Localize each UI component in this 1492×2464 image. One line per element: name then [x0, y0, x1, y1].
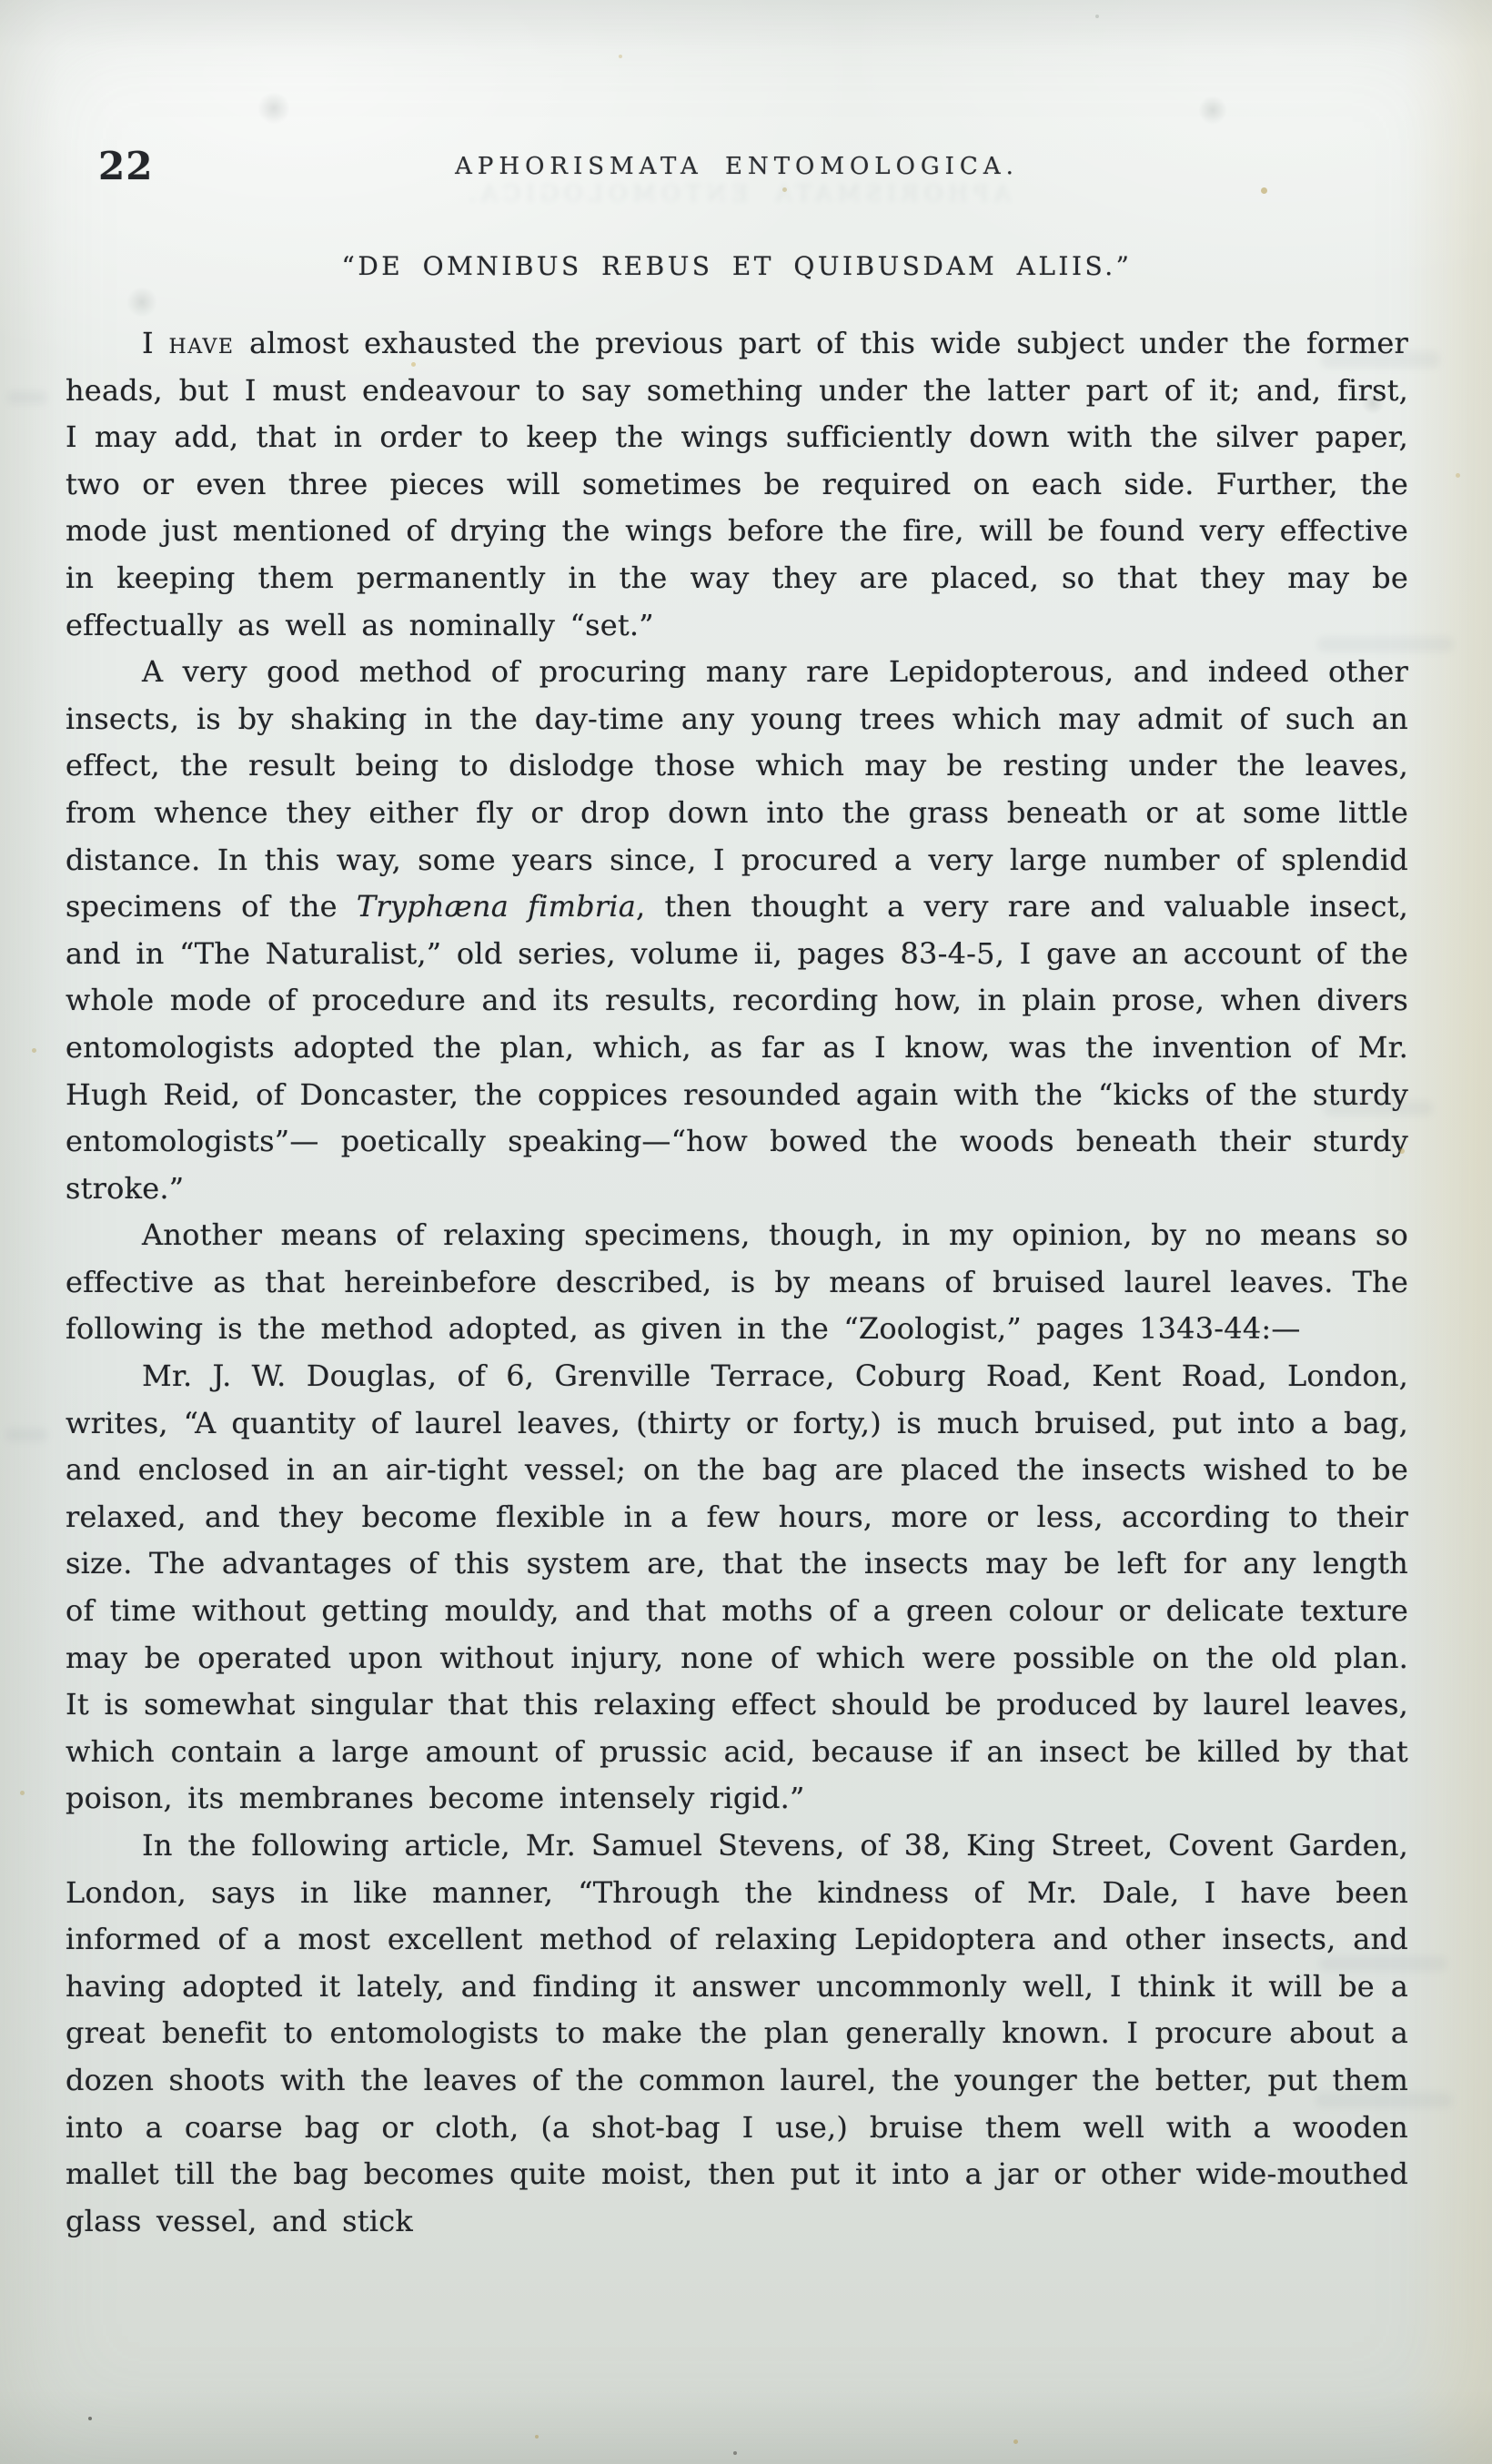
body-text: I have almost exhausted the previous par…: [66, 320, 1408, 2245]
paragraph-2-before: A very good method of procuring many rar…: [66, 654, 1408, 924]
paper-smudge: [258, 91, 289, 126]
paper-speck: [1013, 2439, 1018, 2444]
paragraph-3: Another means of relaxing specimens, tho…: [66, 1212, 1408, 1353]
paragraph-2: A very good method of procuring many rar…: [66, 649, 1408, 1212]
paragraph-1-lead: I: [142, 326, 169, 360]
paragraph-2-after: , then thought a very rare and valuable …: [66, 889, 1408, 1206]
species-name-italic: Tryphæna fimbria: [357, 889, 636, 924]
paper-speck: [535, 2435, 539, 2439]
paper-speck: [619, 55, 622, 58]
paper-speck: [20, 1791, 25, 1795]
running-header: APHORISMATA ENTOMOLOGICA.: [0, 153, 1474, 180]
paper-speck: [733, 2451, 737, 2455]
book-page-scan: APHORISMATA ENTOMOLOGICA. 22 APHORISMATA…: [0, 0, 1492, 2464]
paper-speck: [782, 187, 787, 192]
paper-smudge: [126, 288, 158, 317]
show-through-ghost-header: APHORISMATA ENTOMOLOGICA.: [0, 180, 1474, 207]
paper-speck: [88, 2417, 92, 2420]
paragraph-5: In the following article, Mr. Samuel Ste…: [66, 1823, 1408, 2245]
paragraph-1: I have almost exhausted the previous par…: [66, 320, 1408, 649]
paragraph-1-small-caps: have: [169, 326, 235, 360]
show-through-ghost-line: [5, 1429, 47, 1441]
paragraph-4: Mr. J. W. Douglas, of 6, Grenville Terra…: [66, 1353, 1408, 1823]
paper-speck: [1261, 187, 1267, 194]
paper-speck: [1095, 15, 1099, 18]
paragraph-1-rest: almost exhausted the previous part of th…: [66, 326, 1408, 642]
paper-speck: [1456, 473, 1460, 478]
section-heading: “DE OMNIBUS REBUS ET QUIBUSDAM ALIIS.”: [73, 251, 1401, 281]
show-through-ghost-line: [7, 391, 47, 404]
paper-speck: [32, 1048, 36, 1053]
paper-smudge: [1199, 95, 1226, 126]
